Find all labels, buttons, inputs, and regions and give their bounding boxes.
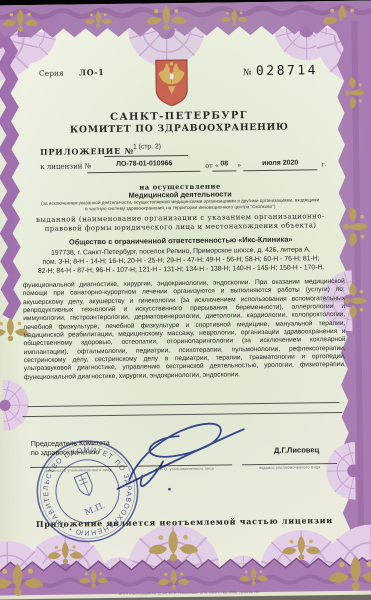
date-quote-close: » xyxy=(237,161,241,169)
series-label: Серия xyxy=(39,69,64,78)
document-number: № 028714 xyxy=(243,61,318,80)
license-label: к лицензии № xyxy=(40,162,91,171)
stamp-mp-text: М.П. xyxy=(83,500,106,517)
license-document: Серия ЛО-1 № 028714 САНКТ-ПЕТЕРБУРГ КОМИ… xyxy=(0,1,371,600)
number-sign: № xyxy=(243,68,252,78)
year-suffix: г. xyxy=(321,160,327,168)
appendix-value: 1 (стр. 2) xyxy=(106,143,188,151)
license-number: ЛО-78-01-010966 xyxy=(88,160,200,168)
number-digits: 028714 xyxy=(256,63,318,79)
licensed-works-paragraph: функциональной диагностике, хирургии, эн… xyxy=(23,278,346,382)
date-month-year: июля 2020 xyxy=(243,159,317,167)
series-value: ЛО-1 xyxy=(79,67,104,77)
photo-background: Серия ЛО-1 № 028714 САНКТ-ПЕТЕРБУРГ КОМИ… xyxy=(0,0,371,600)
ink-signature xyxy=(110,408,261,505)
coat-of-arms-icon xyxy=(156,60,188,106)
signer-name: Д.Г.Лисовец xyxy=(274,445,319,455)
date-day: 08 xyxy=(212,160,236,167)
